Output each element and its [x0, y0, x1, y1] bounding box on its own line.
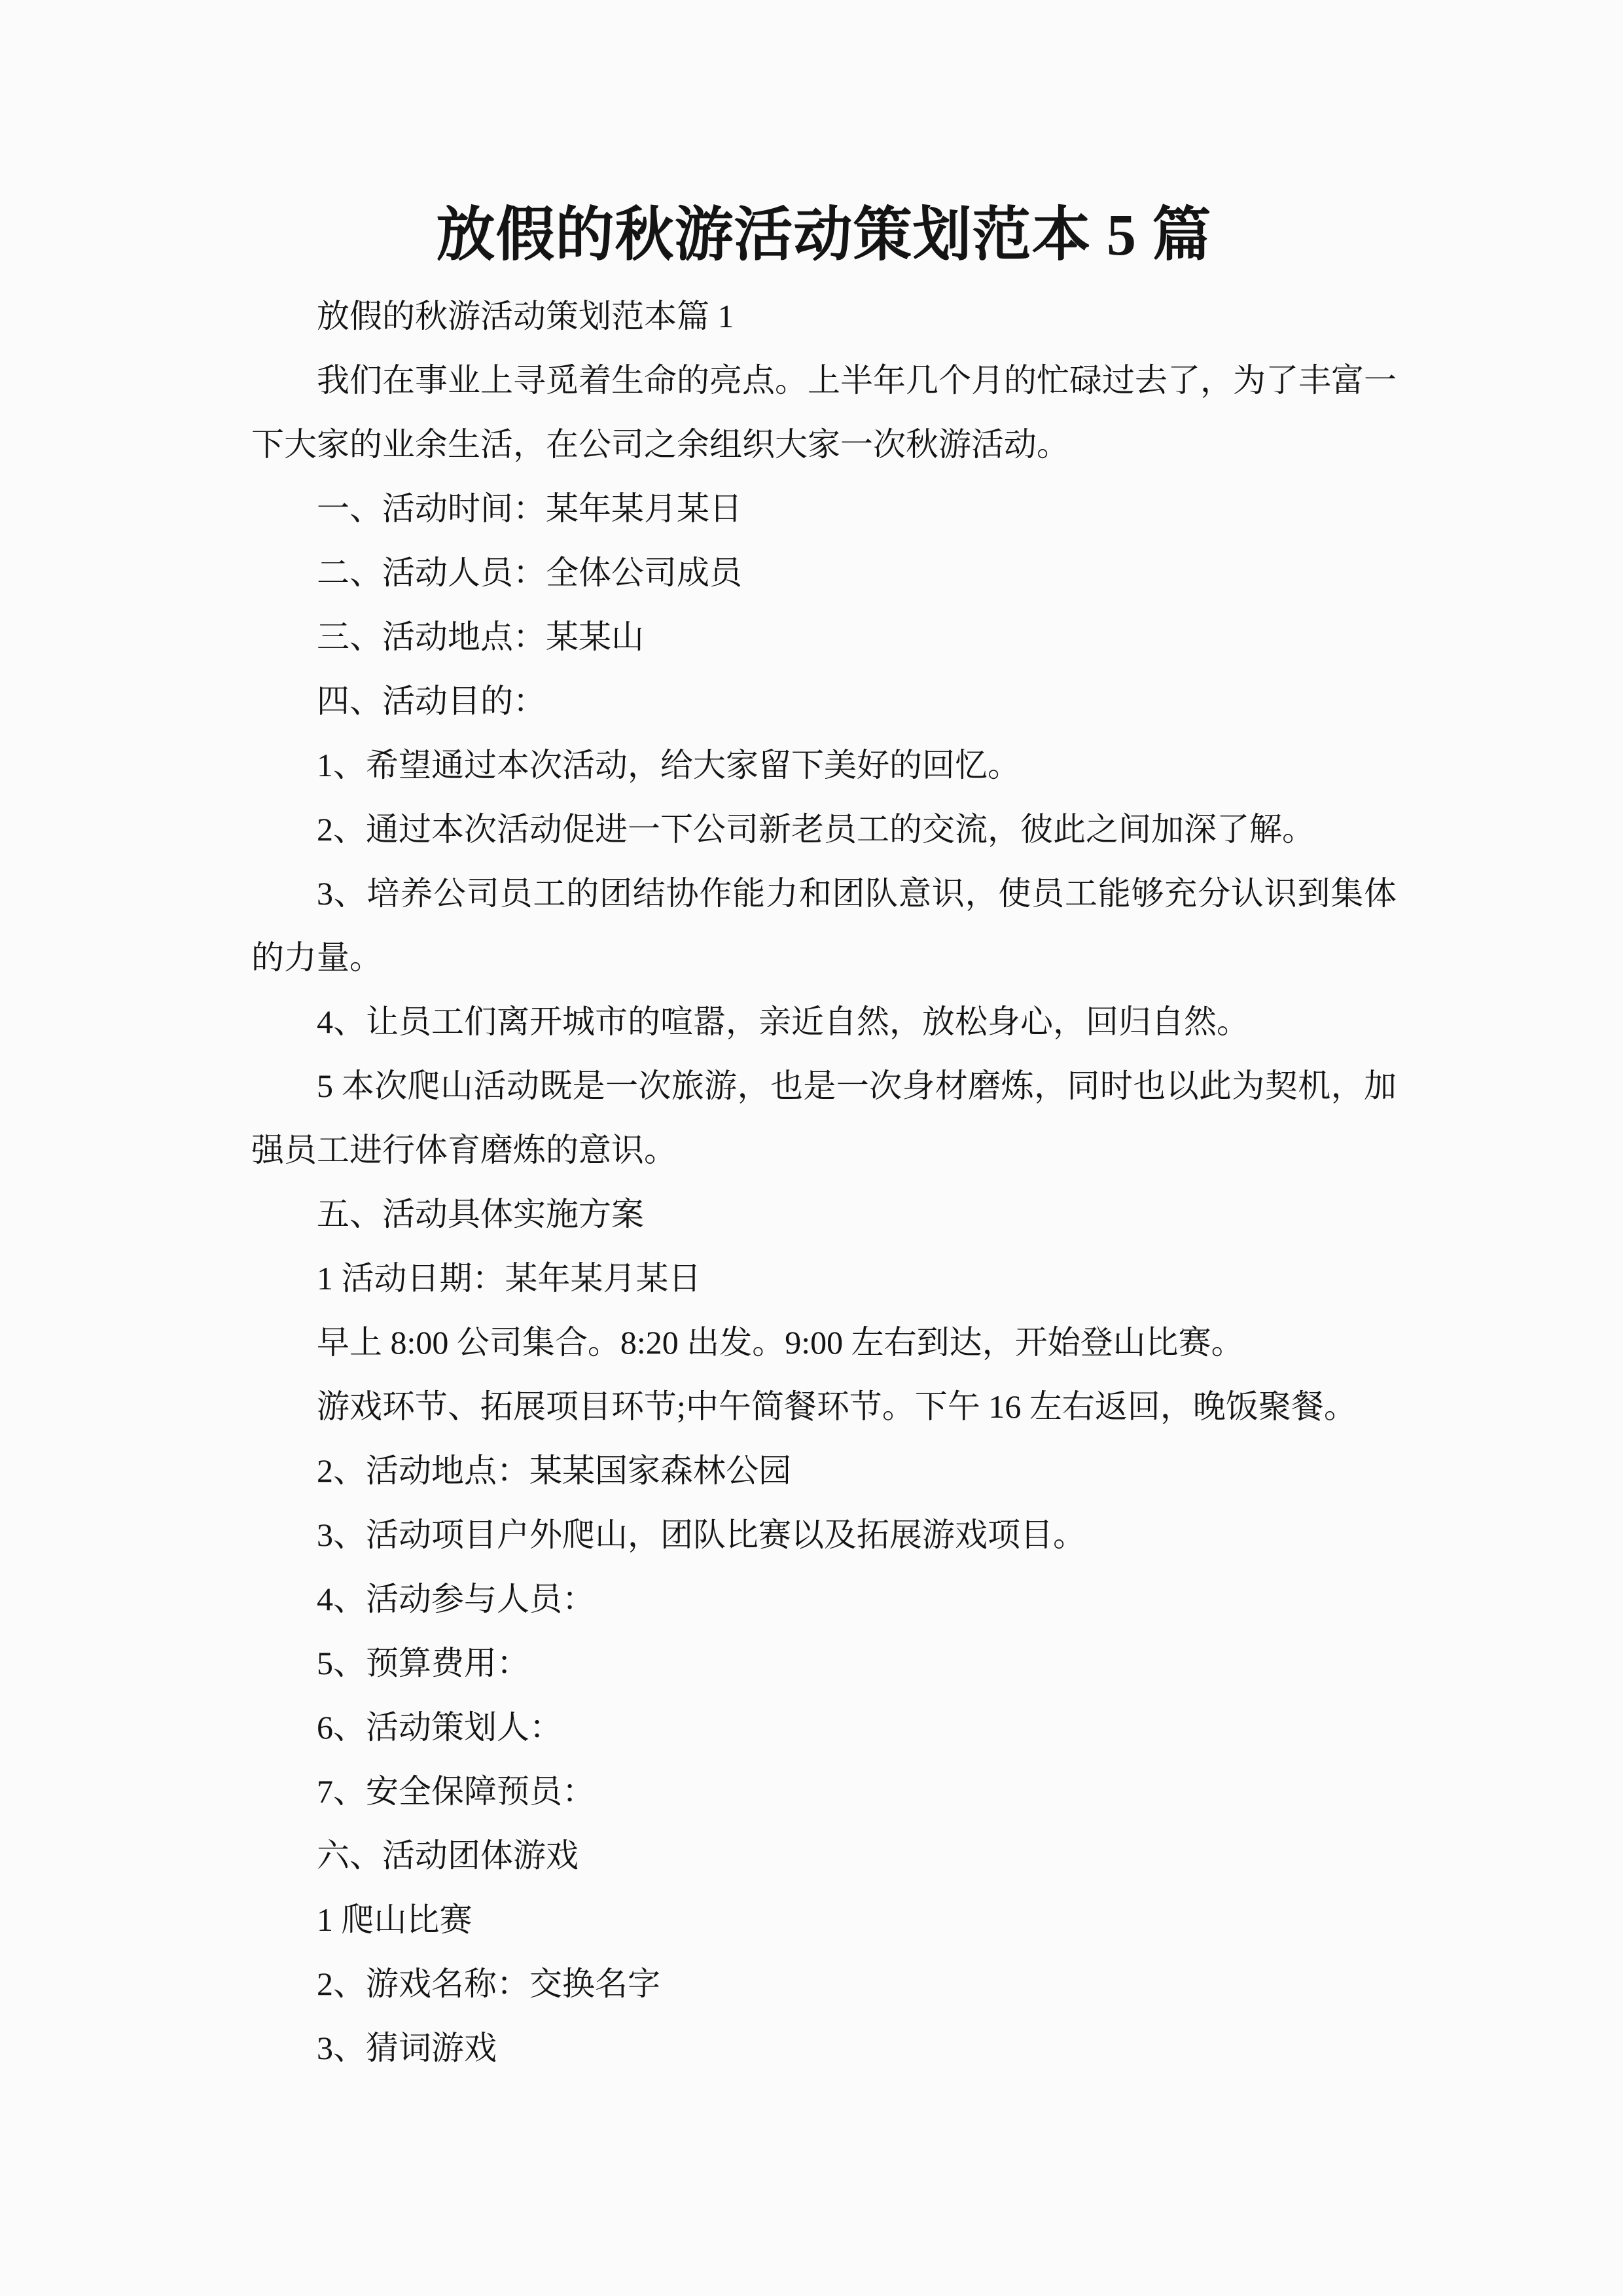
paragraph: 六、活动团体游戏 [251, 1823, 1397, 1888]
paragraph: 3、活动项目户外爬山，团队比赛以及拓展游戏项目。 [251, 1503, 1397, 1567]
paragraph: 五、活动具体实施方案 [251, 1182, 1397, 1246]
paragraph: 我们在事业上寻觅着生命的亮点。上半年几个月的忙碌过去了，为了丰富一下大家的业余生… [251, 348, 1397, 476]
paragraph: 早上 8:00 公司集合。8:20 出发。9:00 左右到达，开始登山比赛。 [251, 1310, 1397, 1374]
paragraph: 二、活动人员：全体公司成员 [251, 541, 1397, 605]
paragraph: 3、猜词游戏 [251, 2016, 1397, 2080]
paragraph: 4、活动参与人员： [251, 1567, 1397, 1631]
paragraph: 3、培养公司员工的团结协作能力和团队意识，使员工能够充分认识到集体的力量。 [251, 861, 1397, 990]
paragraph: 1 活动日期：某年某月某日 [251, 1246, 1397, 1310]
paragraph: 三、活动地点：某某山 [251, 605, 1397, 669]
paragraph: 游戏环节、拓展项目环节;中午简餐环节。下午 16 左右返回，晚饭聚餐。 [251, 1374, 1397, 1439]
paragraph: 放假的秋游活动策划范本篇 1 [251, 284, 1397, 348]
paragraph: 2、游戏名称：交换名字 [251, 1952, 1397, 2016]
paragraph: 2、通过本次活动促进一下公司新老员工的交流，彼此之间加深了解。 [251, 797, 1397, 861]
paragraph: 四、活动目的： [251, 669, 1397, 733]
paragraph: 1 爬山比赛 [251, 1888, 1397, 1952]
paragraph: 1、希望通过本次活动，给大家留下美好的回忆。 [251, 733, 1397, 797]
paragraph: 7、安全保障预员： [251, 1759, 1397, 1823]
document-page: 放假的秋游活动策划范本 5 篇 放假的秋游活动策划范本篇 1我们在事业上寻觅着生… [0, 0, 1623, 2296]
paragraph: 6、活动策划人： [251, 1695, 1397, 1759]
document-title: 放假的秋游活动策划范本 5 篇 [251, 196, 1397, 275]
paragraph: 5 本次爬山活动既是一次旅游，也是一次身材磨炼，同时也以此为契机，加强员工进行体… [251, 1054, 1397, 1182]
paragraph: 一、活动时间：某年某月某日 [251, 476, 1397, 541]
paragraph: 5、预算费用： [251, 1631, 1397, 1695]
paragraph: 2、活动地点：某某国家森林公园 [251, 1439, 1397, 1503]
document-body: 放假的秋游活动策划范本篇 1我们在事业上寻觅着生命的亮点。上半年几个月的忙碌过去… [251, 284, 1397, 2080]
paragraph: 4、让员工们离开城市的喧嚣，亲近自然，放松身心，回归自然。 [251, 990, 1397, 1054]
